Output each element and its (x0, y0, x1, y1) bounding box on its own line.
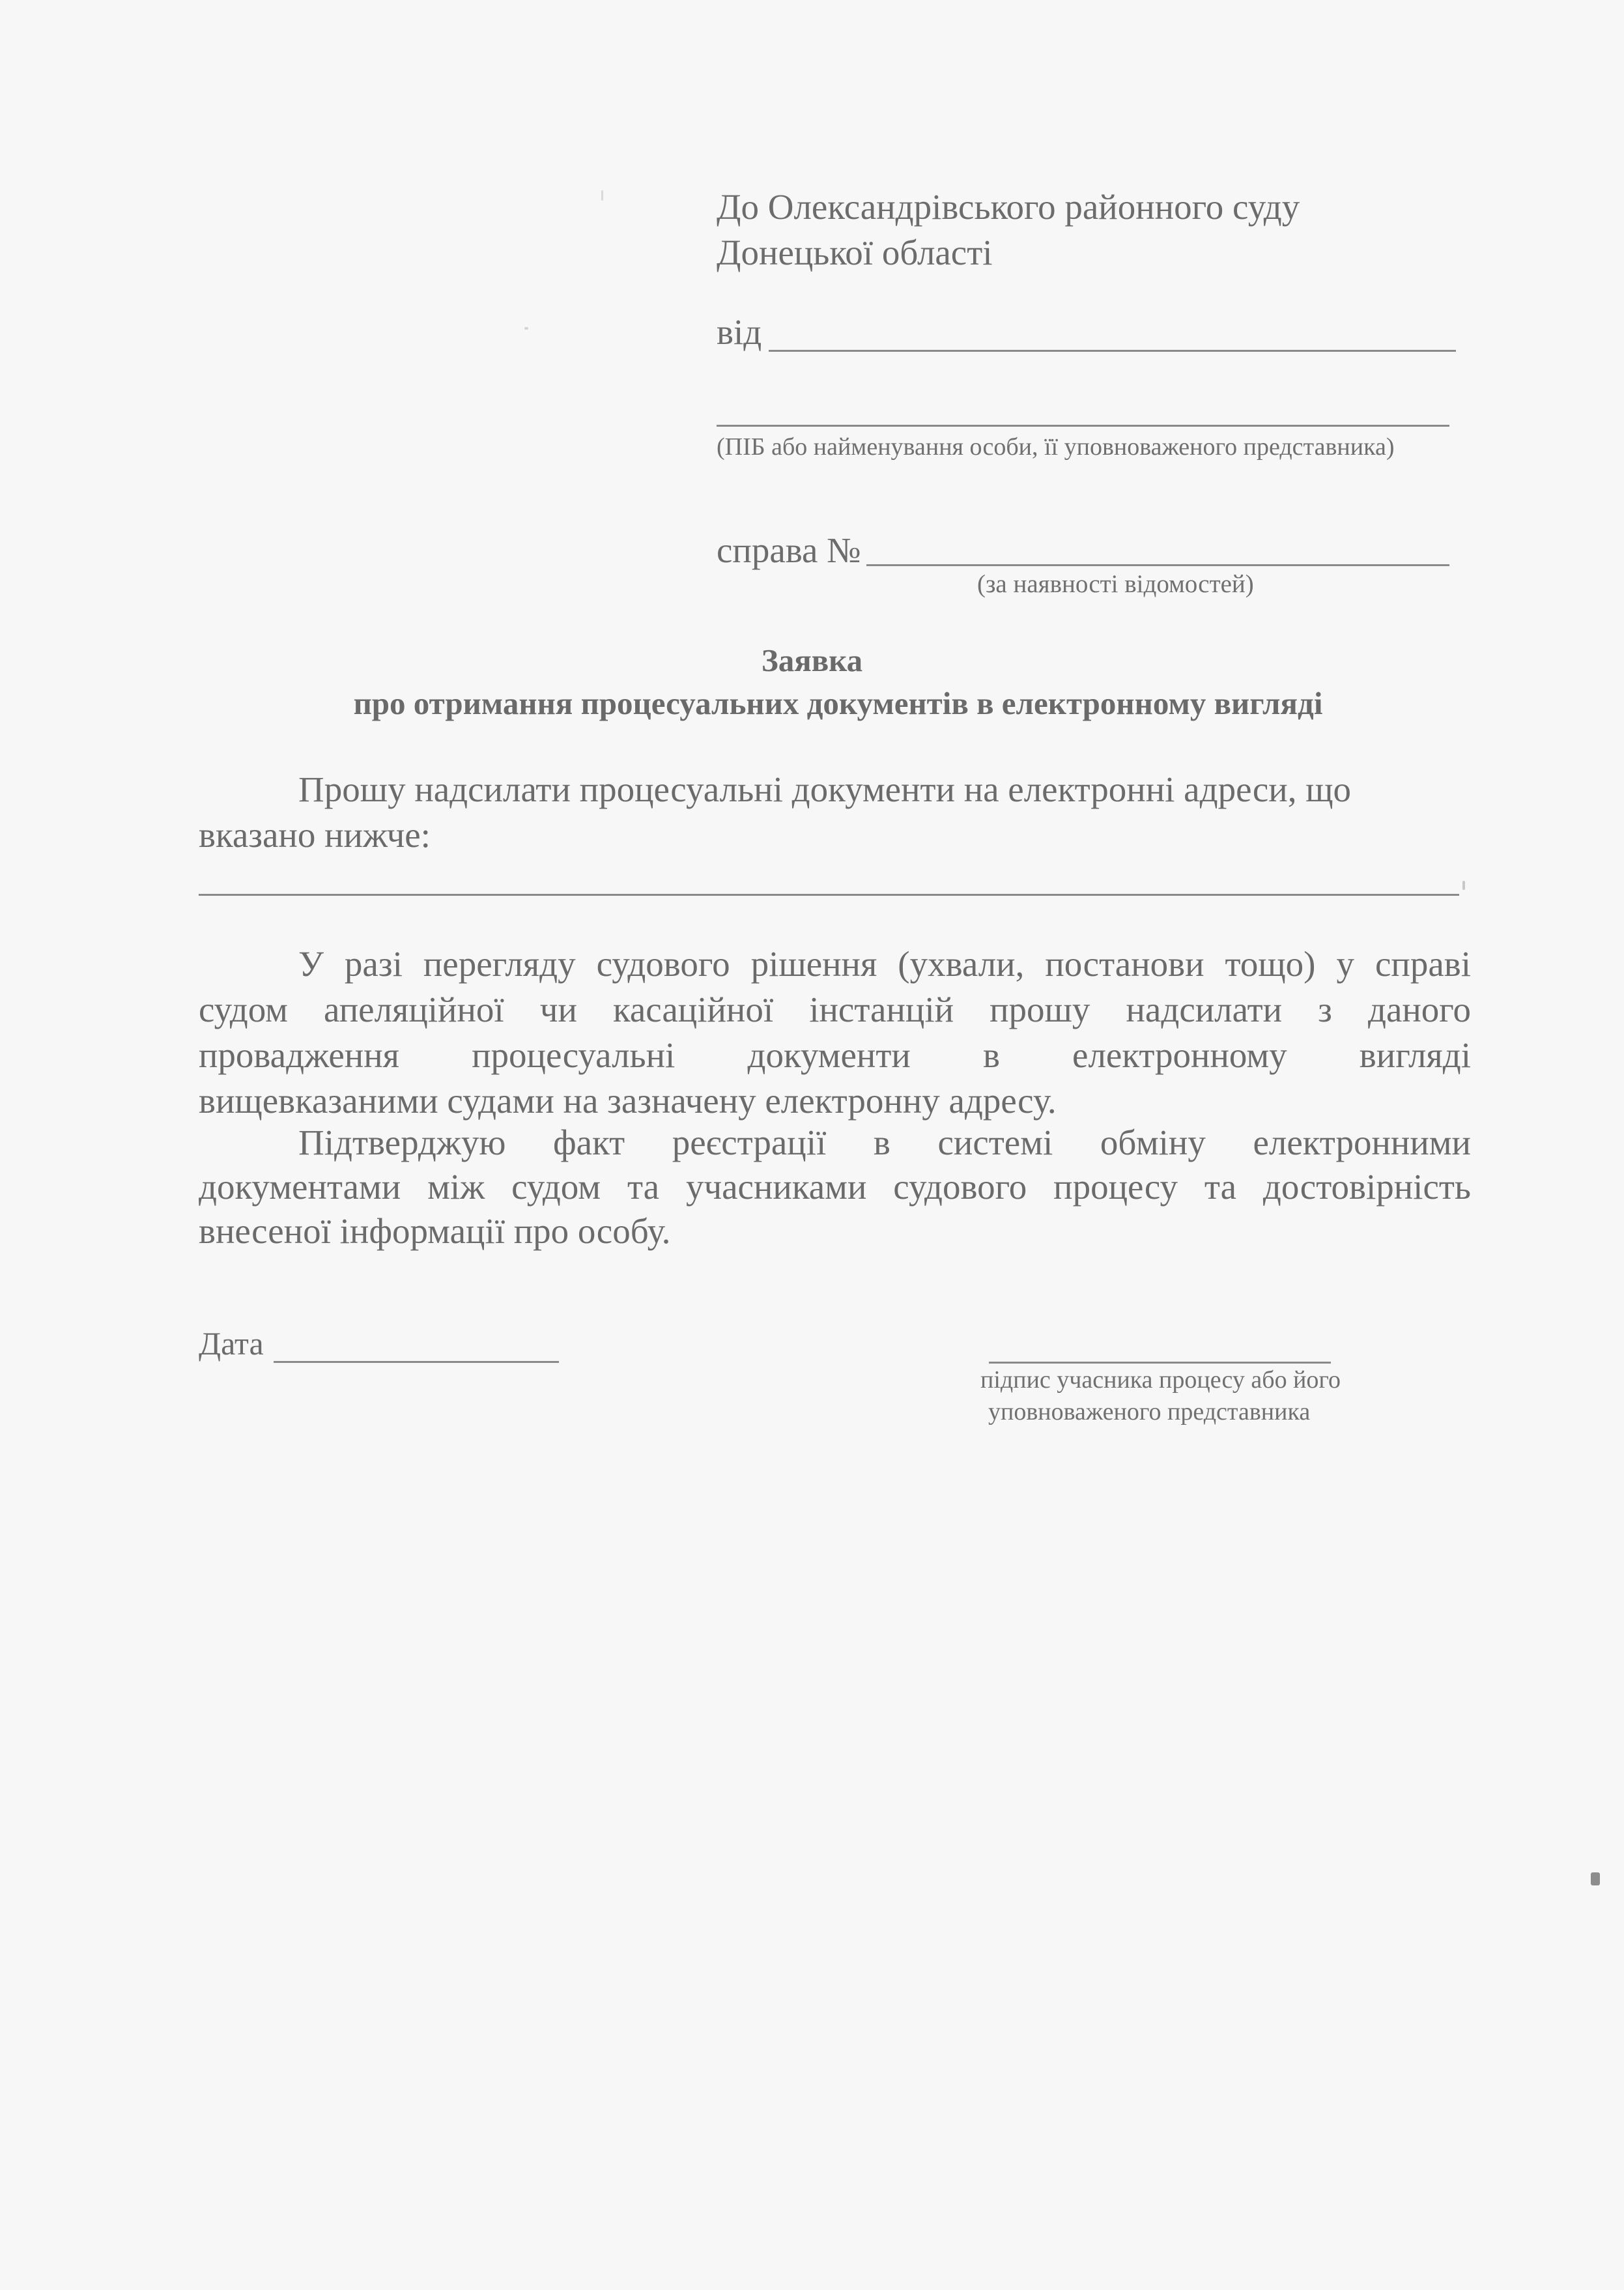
from-name-field-line[interactable] (769, 350, 1456, 352)
name-caption: (ПІБ або найменування особи, її уповнова… (717, 433, 1395, 461)
addressee-line-2: Донецької області (717, 230, 993, 276)
case-number-field-line[interactable] (866, 564, 1449, 566)
paragraph-2-line-1: У разі перегляду судового рішення (ухвал… (298, 942, 1471, 986)
date-label: Дата (199, 1321, 264, 1366)
scan-speck (524, 327, 528, 330)
scan-speck (601, 190, 603, 201)
paragraph-3-line-2: документами між судом та учасниками судо… (199, 1165, 1471, 1209)
addressee-line-1: До Олександрівського районного суду (717, 184, 1300, 230)
document-page: До Олександрівського районного суду Доне… (0, 0, 1624, 2290)
scan-speck (1591, 1872, 1600, 1885)
paragraph-3-line-1: Підтверджую факт реєстрації в системі об… (298, 1121, 1471, 1165)
paragraph-2-line-4: вищевказаними судами на зазначену електр… (199, 1079, 1057, 1123)
scan-speck (1462, 881, 1465, 890)
paragraph-2-line-3: провадження процесуальні документи в еле… (199, 1033, 1471, 1078)
email-address-field-line[interactable] (199, 894, 1459, 896)
document-title: Заявка (0, 642, 1624, 679)
date-field-line[interactable] (274, 1361, 559, 1363)
from-name-field-line-2[interactable] (717, 425, 1449, 427)
signature-caption-line-1: підпис учасника процесу або його (980, 1366, 1341, 1394)
case-caption: (за наявності відомостей) (977, 569, 1254, 599)
paragraph-2-line-2: судом апеляційної чи касаційної інстанці… (199, 988, 1471, 1032)
paragraph-1-line-1: Прошу надсилати процесуальні документи н… (298, 767, 1351, 812)
signature-field-line[interactable] (989, 1362, 1331, 1364)
signature-caption-line-2: уповноваженого представника (988, 1397, 1310, 1426)
case-label: справа № (717, 528, 861, 573)
paragraph-3-line-3: внесеної інформації про особу. (199, 1209, 670, 1253)
paragraph-1-line-2: вказано нижче: (199, 813, 431, 857)
document-subtitle: про отримання процесуальних документів в… (26, 685, 1624, 722)
from-label: від (717, 309, 762, 355)
